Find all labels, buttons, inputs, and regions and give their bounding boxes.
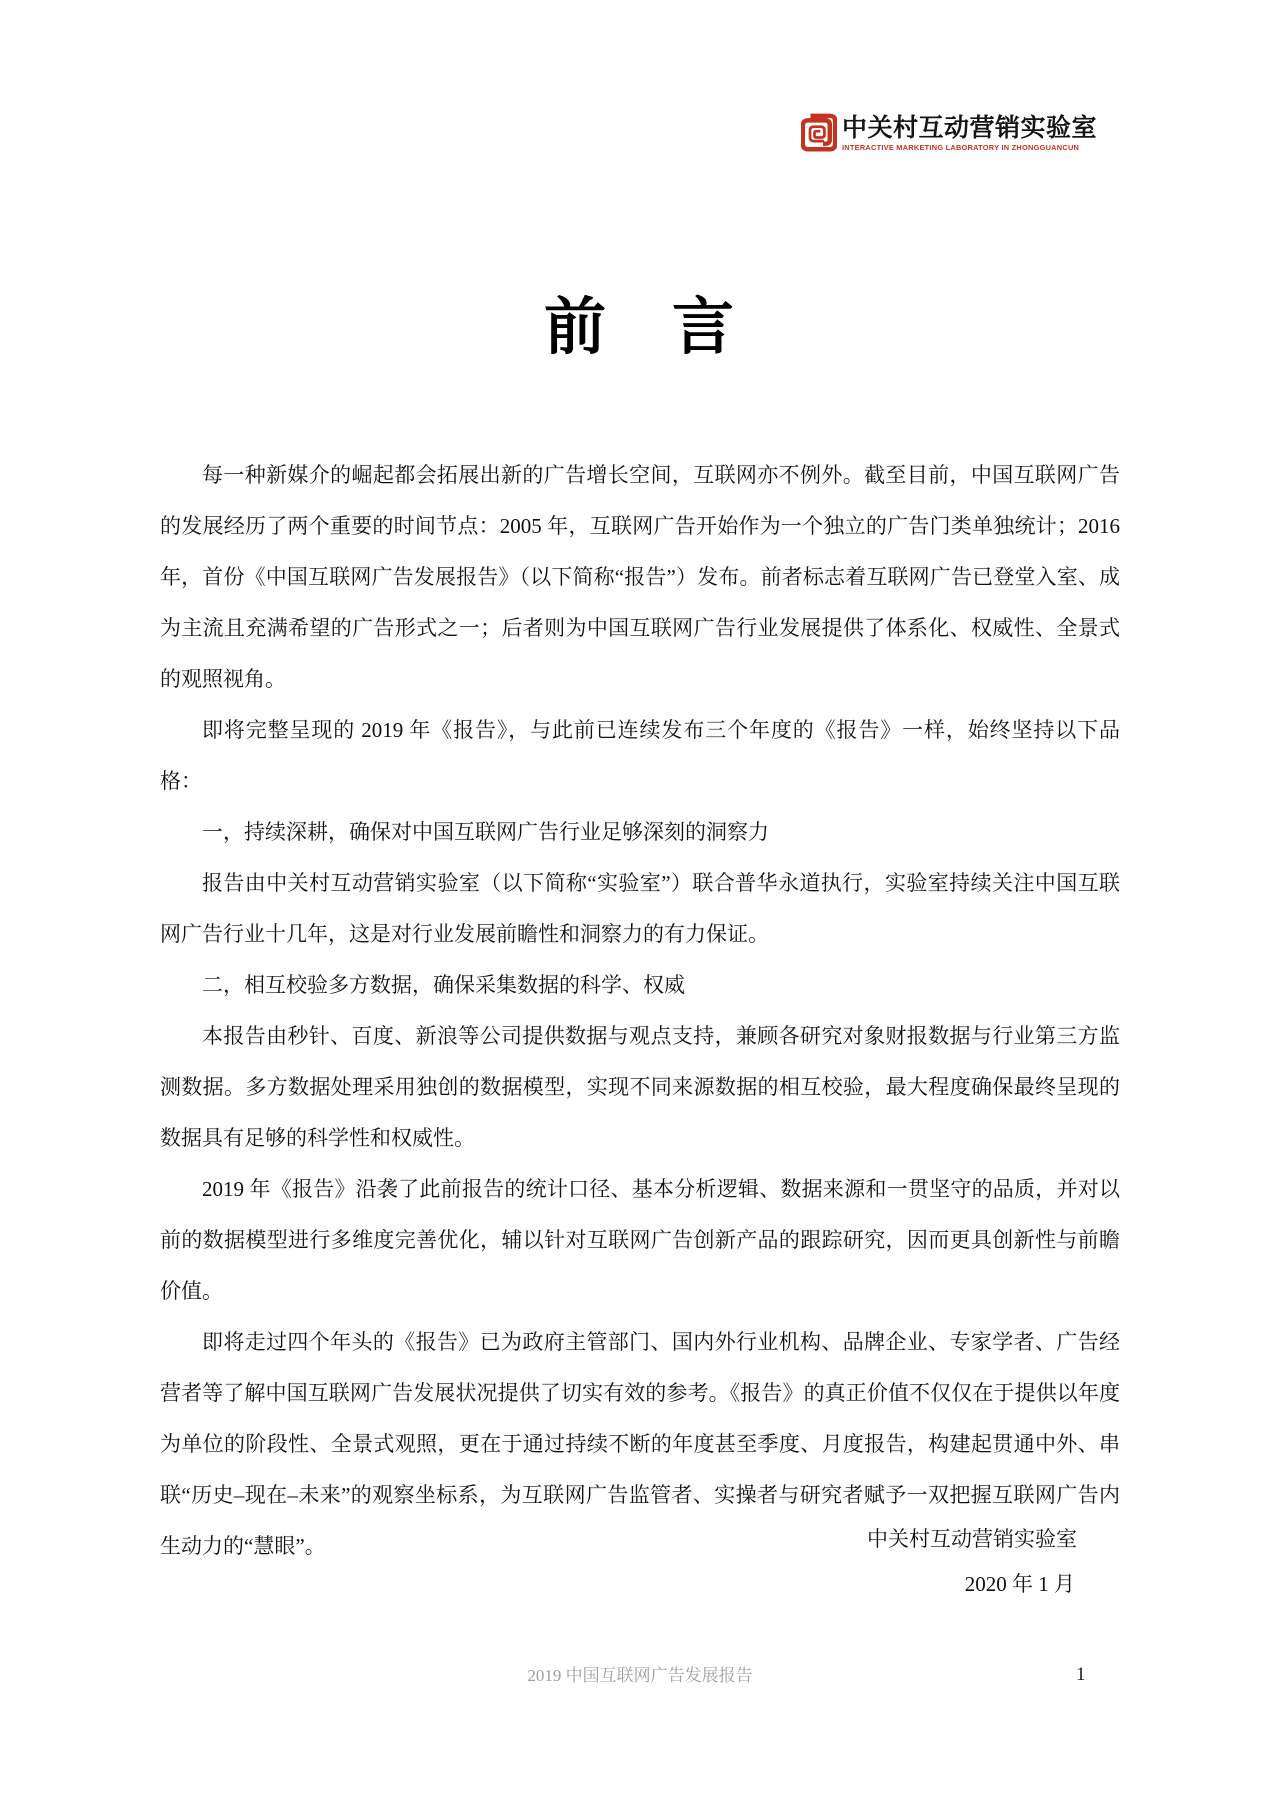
paragraph-7: 2019 年《报告》沿袭了此前报告的统计口径、基本分析逻辑、数据来源和一贯坚守的… <box>160 1164 1120 1317</box>
paragraph-6: 本报告由秒针、百度、新浪等公司提供数据与观点支持，兼顾各研究对象财报数据与行业第… <box>160 1011 1120 1164</box>
lab-logo-name-cn: 中关村互动营销实验室 <box>842 113 1097 143</box>
paragraph-3-heading: 一，持续深耕，确保对中国互联网广告行业足够深刻的洞察力 <box>160 807 1120 858</box>
footer-report-title: 2019 中国互联网广告发展报告 <box>0 1664 1280 1688</box>
paragraph-1: 每一种新媒介的崛起都会拓展出新的广告增长空间，互联网亦不例外。截至目前，中国互联… <box>160 450 1120 705</box>
paragraph-2: 即将完整呈现的 2019 年《报告》，与此前已连续发布三个年度的《报告》一样，始… <box>160 705 1120 807</box>
paragraph-4: 报告由中关村互动营销实验室（以下简称“实验室”）联合普华永道执行，实验室持续关注… <box>160 858 1120 960</box>
lab-logo-text: 中关村互动营销实验室 INTERACTIVE MARKETING LABORAT… <box>842 113 1097 153</box>
preface-body: 每一种新媒介的崛起都会拓展出新的广告增长空间，互联网亦不例外。截至目前，中国互联… <box>160 450 1120 1572</box>
lab-logo-name-en: INTERACTIVE MARKETING LABORATORY IN ZHON… <box>842 143 1097 153</box>
page-number: 1 <box>1076 1662 1086 1688</box>
signature-block: 中关村互动营销实验室 2020 年 1 月 <box>867 1517 1077 1607</box>
lab-logo: 中关村互动营销实验室 INTERACTIVE MARKETING LABORAT… <box>801 113 1097 153</box>
page-title: 前 言 <box>0 288 1280 368</box>
signature-date: 2020 年 1 月 <box>867 1562 1077 1607</box>
document-page: 中关村互动营销实验室 INTERACTIVE MARKETING LABORAT… <box>0 0 1280 1810</box>
signature-organization: 中关村互动营销实验室 <box>867 1517 1077 1562</box>
paragraph-5-heading: 二，相互校验多方数据，确保采集数据的科学、权威 <box>160 960 1120 1011</box>
lab-logo-icon <box>801 113 837 153</box>
